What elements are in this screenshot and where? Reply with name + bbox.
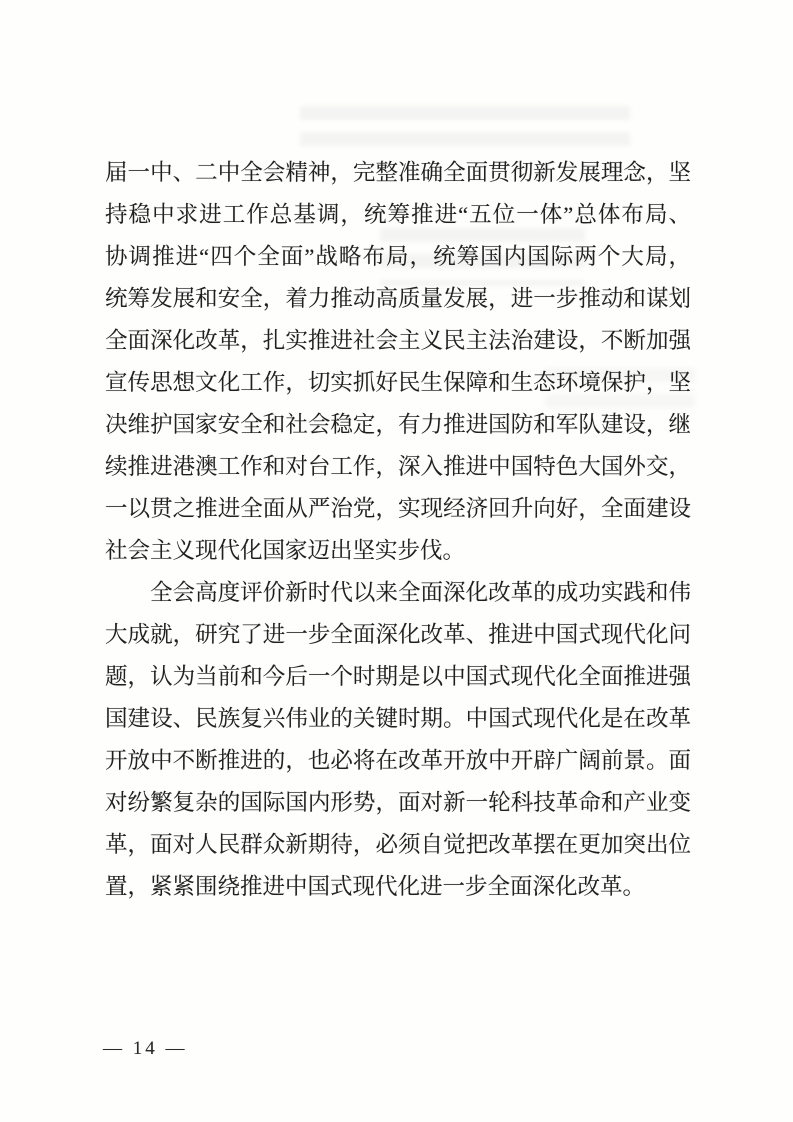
text-line: 大成就，研究了进一步全面深化改革、推进中国式现代化问: [105, 614, 691, 656]
text-line: 统筹发展和安全，着力推动高质量发展，进一步推动和谋划: [105, 278, 691, 320]
text-line: 对纷繁复杂的国际国内形势，面对新一轮科技革命和产业变: [105, 782, 691, 824]
paragraph: 届一中、二中全会精神，完整准确全面贯彻新发展理念，坚 持稳中求进工作总基调，统筹…: [105, 152, 691, 572]
text-line: 届一中、二中全会精神，完整准确全面贯彻新发展理念，坚: [105, 152, 691, 194]
text-line: 续推进港澳工作和对台工作，深入推进中国特色大国外交，: [105, 446, 691, 488]
text-block: 届一中、二中全会精神，完整准确全面贯彻新发展理念，坚 持稳中求进工作总基调，统筹…: [105, 152, 691, 908]
text-line: 全会高度评价新时代以来全面深化改革的成功实践和伟: [105, 572, 691, 614]
text-line: 宣传思想文化工作，切实抓好民生保障和生态环境保护，坚: [105, 362, 691, 404]
text-line: 持稳中求进工作总基调，统筹推进“五位一体”总体布局、: [105, 194, 691, 236]
text-line: 决维护国家安全和社会稳定，有力推进国防和军队建设，继: [105, 404, 691, 446]
page-number-footer: — 14 —: [103, 1036, 188, 1062]
text-line: 一以贯之推进全面从严治党，实现经济回升向好，全面建设: [105, 488, 691, 530]
text-line: 革，面对人民群众新期待，必须自觉把改革摆在更加突出位: [105, 824, 691, 866]
scan-artifact: [300, 106, 630, 154]
text-line: 社会主义现代化国家迈出坚实步伐。: [105, 530, 691, 572]
text-line: 全面深化改革，扎实推进社会主义民主法治建设，不断加强: [105, 320, 691, 362]
text-line: 题，认为当前和今后一个时期是以中国式现代化全面推进强: [105, 656, 691, 698]
text-line: 协调推进“四个全面”战略布局，统筹国内国际两个大局，: [105, 236, 691, 278]
text-line: 置，紧紧围绕推进中国式现代化进一步全面深化改革。: [105, 866, 691, 908]
paragraph: 全会高度评价新时代以来全面深化改革的成功实践和伟 大成就，研究了进一步全面深化改…: [105, 572, 691, 908]
text-line: 国建设、民族复兴伟业的关键时期。中国式现代化是在改革: [105, 698, 691, 740]
scanned-document-page: 届一中、二中全会精神，完整准确全面贯彻新发展理念，坚 持稳中求进工作总基调，统筹…: [0, 0, 793, 1122]
text-line: 开放中不断推进的，也必将在改革开放中开辟广阔前景。面: [105, 740, 691, 782]
